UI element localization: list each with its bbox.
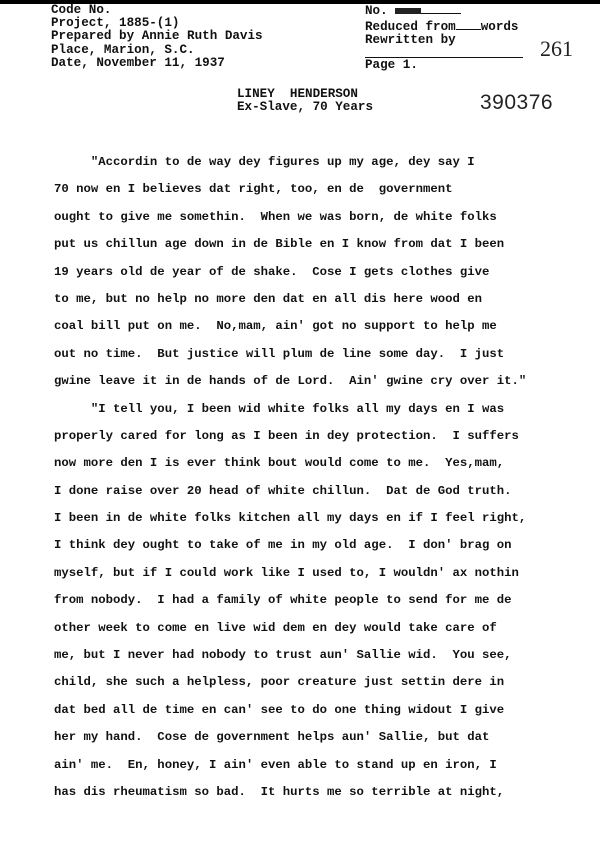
- project-line: Project, 1885-(1): [51, 16, 179, 30]
- struck-words-text: Words: [395, 8, 421, 14]
- body-line: 70 now en I believes dat right, too, en …: [54, 176, 594, 203]
- body-line: out no time. But justice will plum de li…: [54, 341, 594, 368]
- body-line: now more den I is ever think bout would …: [54, 450, 594, 477]
- body-line: 19 years old de year of de shake. Cose I…: [54, 259, 594, 286]
- body-line: ain' me. En, honey, I ain' even able to …: [54, 752, 594, 779]
- body-line: other week to come en live wid dem en de…: [54, 615, 594, 642]
- body-line: I done raise over 20 head of white chill…: [54, 478, 594, 505]
- body-line: ought to give me somethin. When we was b…: [54, 204, 594, 231]
- body-line: I think dey ought to take of me in my ol…: [54, 532, 594, 559]
- body-line: coal bill put on me. No,mam, ain' got no…: [54, 313, 594, 340]
- code-no-line: Code No.: [51, 3, 111, 17]
- body-line: has dis rheumatism so bad. It hurts me s…: [54, 779, 594, 806]
- body-line: I been in de white folks kitchen all my …: [54, 505, 594, 532]
- place-line: Place, Marion, S.C.: [51, 43, 195, 57]
- body-line: gwine leave it in de hands of de Lord. A…: [54, 368, 594, 395]
- body-line: her my hand. Cose de government helps au…: [54, 724, 594, 751]
- body-line: to me, but no help no more den dat en al…: [54, 286, 594, 313]
- body-line: put us chillun age down in de Bible en I…: [54, 231, 594, 258]
- page-number: 261: [540, 36, 573, 62]
- word-count-block: No. Words Reduced fromwords Rewritten by: [365, 2, 519, 48]
- subject-description: Ex-Slave, 70 Years: [237, 100, 373, 114]
- date-line: Date, November 11, 1937: [51, 56, 225, 70]
- page-label: Page 1.: [365, 58, 418, 72]
- body-line: "I tell you, I been wid white folks all …: [54, 396, 594, 423]
- archive-stamp-number: 390376: [480, 91, 553, 115]
- reduced-words-label: words: [481, 20, 519, 34]
- body-line: child, she such a helpless, poor creatur…: [54, 669, 594, 696]
- document-metadata: Code No. Project, 1885-(1) Prepared by A…: [51, 4, 263, 70]
- interview-body: "Accordin to de way dey figures up my ag…: [54, 149, 594, 806]
- body-line: "Accordin to de way dey figures up my ag…: [54, 149, 594, 176]
- rewritten-by-label: Rewritten by: [365, 33, 456, 47]
- body-line: me, but I never had nobody to trust aun'…: [54, 642, 594, 669]
- interview-title: LINEY HENDERSON Ex-Slave, 70 Years: [237, 88, 373, 114]
- body-line: from nobody. I had a family of white peo…: [54, 587, 594, 614]
- prepared-by-line: Prepared by Annie Ruth Davis: [51, 29, 263, 43]
- body-line: dat bed all de time en can' see to do on…: [54, 697, 594, 724]
- no-words-label: No.: [365, 4, 395, 18]
- body-line: properly cared for long as I been in dey…: [54, 423, 594, 450]
- reduced-from-blank: [456, 18, 481, 30]
- reduced-from-label: Reduced from: [365, 20, 456, 34]
- no-words-blank: [421, 2, 461, 14]
- body-line: myself, but if I could work like I used …: [54, 560, 594, 587]
- subject-name: LINEY HENDERSON: [237, 87, 358, 101]
